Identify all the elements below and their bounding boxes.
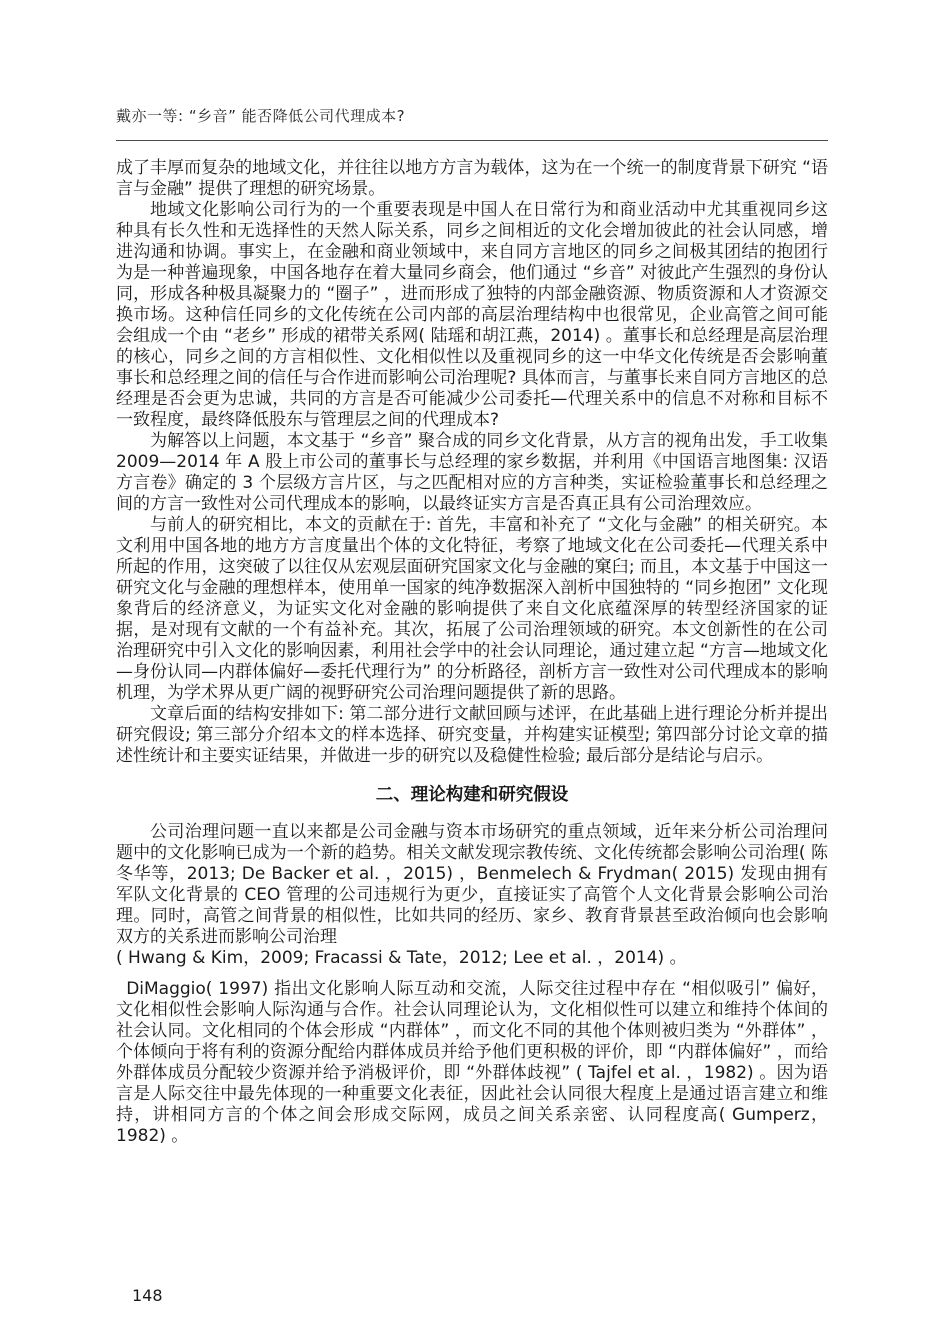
paragraph-social-identity-theory: DiMaggio( 1997) 指出文化影响人际互动和交流，人际交往过程中存在 … xyxy=(116,979,828,1147)
paragraph-regional-culture: 地域文化影响公司行为的一个重要表现是中国人在日常行为和商业活动中尤其重视同乡这种… xyxy=(116,200,828,431)
running-header-title: 戴亦一等: “乡音” 能否降低公司代理成本? xyxy=(116,106,828,126)
paper-page: 戴亦一等: “乡音” 能否降低公司代理成本? 成了丰厚而复杂的地域文化，并往往以… xyxy=(0,0,950,1344)
paragraph-contributions: 与前人的研究相比，本文的贡献在于: 首先，丰富和补充了 “文化与金融” 的相关研… xyxy=(116,515,828,704)
article-body: 成了丰厚而复杂的地域文化，并往往以地方方言为载体，这为在一个统一的制度背景下研究… xyxy=(116,158,828,1147)
paragraph-continuation: 成了丰厚而复杂的地域文化，并往往以地方方言为载体，这为在一个统一的制度背景下研究… xyxy=(116,158,828,200)
paragraph-structure-outline: 文章后面的结构安排如下: 第二部分进行文献回顾与述评，在此基础上进行理论分析并提… xyxy=(116,704,828,767)
citation-line: ( Hwang & Kim，2009; Fracassi & Tate，2012… xyxy=(116,948,828,969)
paragraph-governance-literature: 公司治理问题一直以来都是公司金融与资本市场研究的重点领域，近年来分析公司治理问题… xyxy=(116,822,828,948)
header-rule-divider xyxy=(116,140,828,141)
page-number: 148 xyxy=(132,1286,163,1305)
section-heading-theory: 二、理论构建和研究假设 xyxy=(116,785,828,806)
paragraph-research-design: 为解答以上问题，本文基于 “乡音” 聚合成的同乡文化背景，从方言的视角出发，手工… xyxy=(116,431,828,515)
